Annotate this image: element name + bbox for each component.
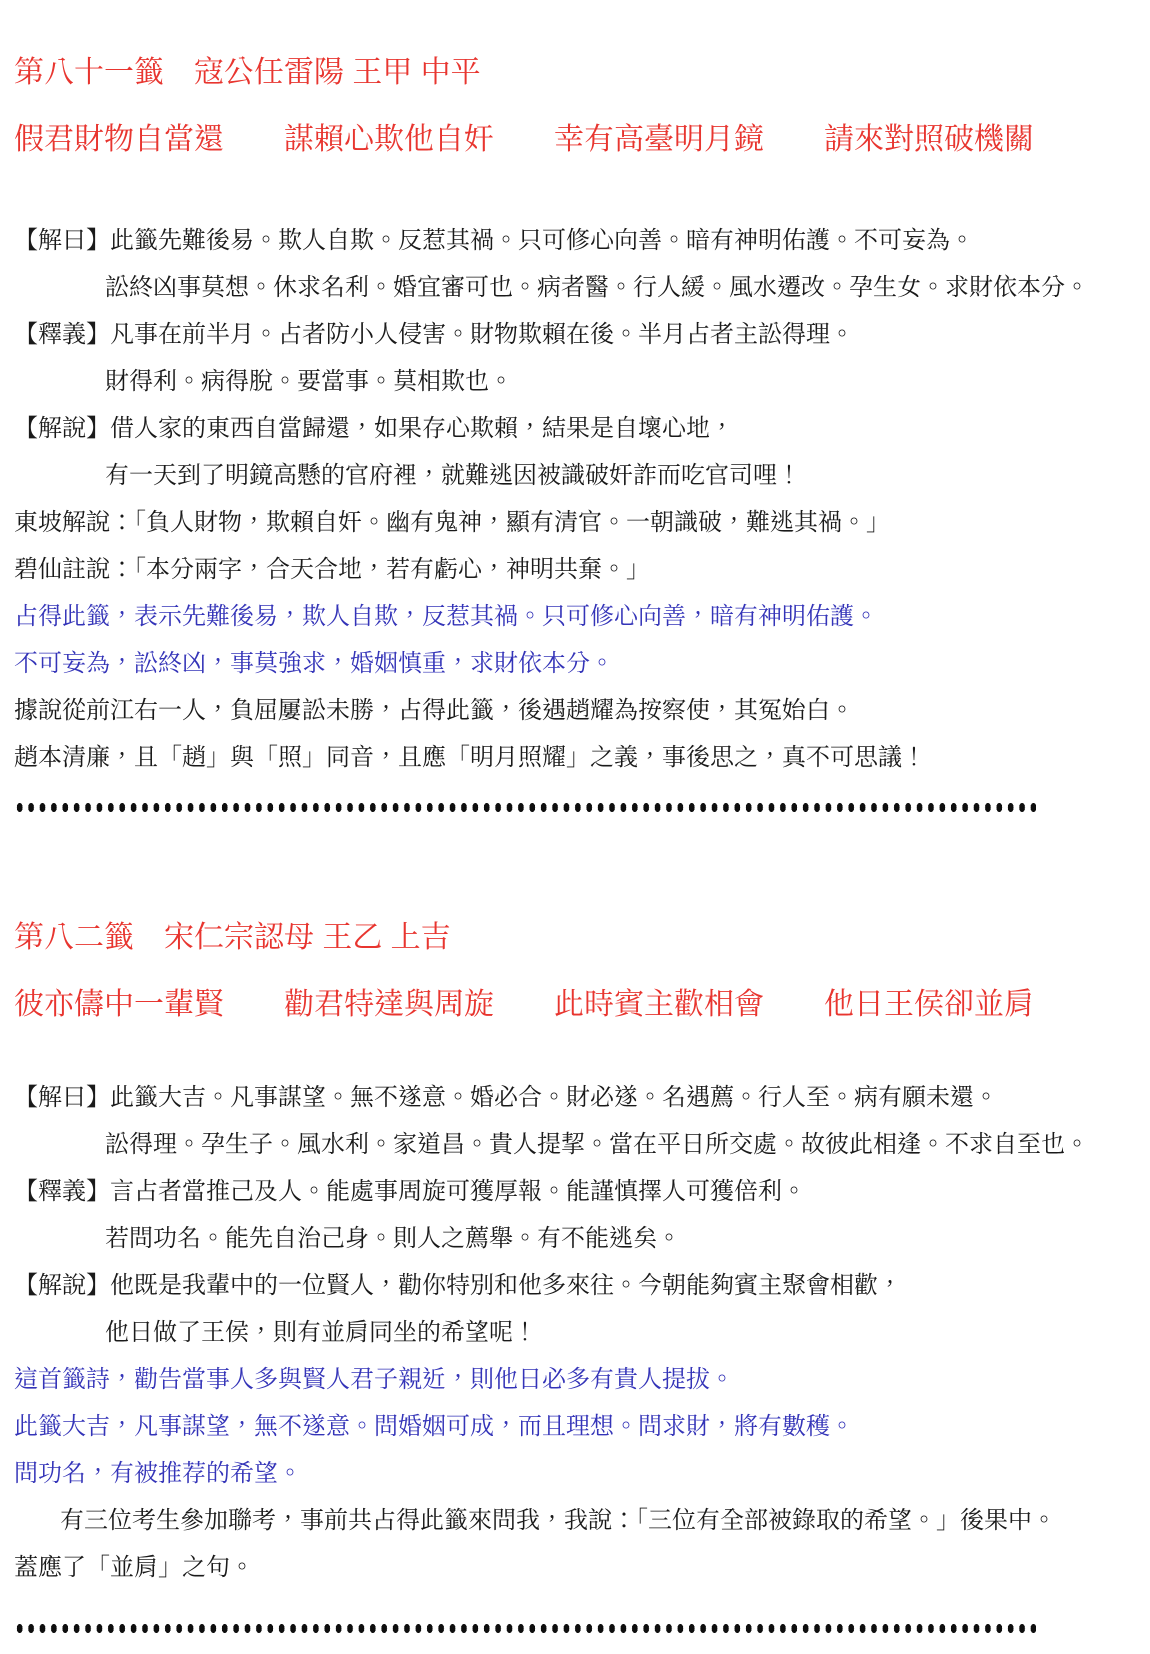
lot82-anecdote-line-2: 蓋應了「並肩」之句。 [14, 1544, 1150, 1591]
lot82-jieshuo-line-1: 【解說】他既是我輩中的一位賢人，勸你特別和他多來往。今朝能夠賓主聚會相歡， [14, 1262, 1150, 1309]
lot81-shiyi-line-1: 【釋義】凡事在前半月。占者防小人侵害。財物欺賴在後。半月占者主訟得理。 [14, 311, 1150, 358]
lot81-comment-line-1: 占得此籤，表示先難後易，欺人自欺，反惹其禍。只可修心向善，暗有神明佑護。 [14, 593, 1150, 640]
lot-82-paragraphs: 【解曰】此籤大吉。凡事謀望。無不遂意。婚必合。財必遂。名遇薦。行人至。病有願未還… [14, 1074, 1150, 1591]
lot81-jieshuo-line-1: 【解說】借人家的東西自當歸還，如果存心欺賴，結果是自壞心地， [14, 405, 1150, 452]
lot82-comment-line-3: 問功名，有被推荐的希望。 [14, 1450, 1150, 1497]
dotted-separator [14, 800, 1036, 814]
lot82-jieyue-line-1: 【解曰】此籤大吉。凡事謀望。無不遂意。婚必合。財必遂。名遇薦。行人至。病有願未還… [14, 1074, 1150, 1121]
lot82-jieyue-line-2: 訟得理。孕生子。風水利。家道昌。貴人提挈。當在平日所交處。故彼此相逢。不求自至也… [14, 1121, 1150, 1168]
lot82-comment-line-1: 這首籤詩，勸告當事人多與賢人君子親近，則他日必多有貴人提拔。 [14, 1356, 1150, 1403]
lot81-jieyue-line-2: 訟終凶事莫想。休求名利。婚宜審可也。病者醫。行人緩。風水遷改。孕生女。求財依本分… [14, 264, 1150, 311]
lot82-anecdote-line-1: 有三位考生參加聯考，事前共占得此籤來問我，我說：「三位有全部被錄取的希望。」後果… [14, 1497, 1150, 1544]
lot82-shiyi-line-1: 【釋義】言占者當推己及人。能處事周旋可獲厚報。能謹慎擇人可獲倍利。 [14, 1168, 1150, 1215]
lot81-jieyue-line-1: 【解曰】此籤先難後易。欺人自欺。反惹其禍。只可修心向善。暗有神明佑護。不可妄為。 [14, 217, 1150, 264]
lot81-bixian-line: 碧仙註說：「本分兩字，合天合地，若有虧心，神明共棄。」 [14, 546, 1150, 593]
lot-82-poem: 彼亦儔中一輩賢 勸君特達與周旋 此時賓主歡相會 他日王侯卻並肩 [14, 987, 1150, 1023]
lot81-comment-line-2: 不可妄為，訟終凶，事莫強求，婚姻慎重，求財依本分。 [14, 640, 1150, 687]
lot82-comment-line-2: 此籤大吉，凡事謀望，無不遂意。問婚姻可成，而且理想。問求財，將有數穫。 [14, 1403, 1150, 1450]
lot-81-poem: 假君財物自當還 謀賴心欺他自奸 幸有高臺明月鏡 請來對照破機關 [14, 122, 1150, 158]
lot-81-paragraphs: 【解曰】此籤先難後易。欺人自欺。反惹其禍。只可修心向善。暗有神明佑護。不可妄為。… [14, 217, 1150, 781]
lot-81-title: 第八十一籤 寇公任雷陽 王甲 中平 [14, 55, 1150, 91]
lot81-anecdote-line-1: 據說從前江右一人，負屈屢訟未勝，占得此籤，後遇趙耀為按察使，其冤始白。 [14, 687, 1150, 734]
fortune-stick-page: 第八十一籤 寇公任雷陽 王甲 中平 假君財物自當還 謀賴心欺他自奸 幸有高臺明月… [0, 0, 1150, 1635]
lot81-shiyi-line-2: 財得利。病得脫。要當事。莫相欺也。 [14, 358, 1150, 405]
lot-81-section: 第八十一籤 寇公任雷陽 王甲 中平 假君財物自當還 謀賴心欺他自奸 幸有高臺明月… [14, 55, 1150, 814]
lot81-jieshuo-line-2: 有一天到了明鏡高懸的官府裡，就難逃因被識破奸詐而吃官司哩！ [14, 452, 1150, 499]
lot81-dongpo-line: 東坡解說：「負人財物，欺賴自奸。幽有鬼神，顯有清官。一朝識破，難逃其禍。」 [14, 499, 1150, 546]
lot82-shiyi-line-2: 若問功名。能先自治己身。則人之薦舉。有不能逃矣。 [14, 1215, 1150, 1262]
lot-82-section: 第八二籤 宋仁宗認母 王乙 上吉 彼亦儔中一輩賢 勸君特達與周旋 此時賓主歡相會… [14, 920, 1150, 1635]
lot82-jieshuo-line-2: 他日做了王侯，則有並肩同坐的希望呢！ [14, 1309, 1150, 1356]
dotted-separator [14, 1621, 1036, 1635]
lot-82-title: 第八二籤 宋仁宗認母 王乙 上吉 [14, 920, 1150, 956]
lot81-anecdote-line-2: 趙本清廉，且「趙」與「照」同音，且應「明月照耀」之義，事後思之，真不可思議！ [14, 734, 1150, 781]
